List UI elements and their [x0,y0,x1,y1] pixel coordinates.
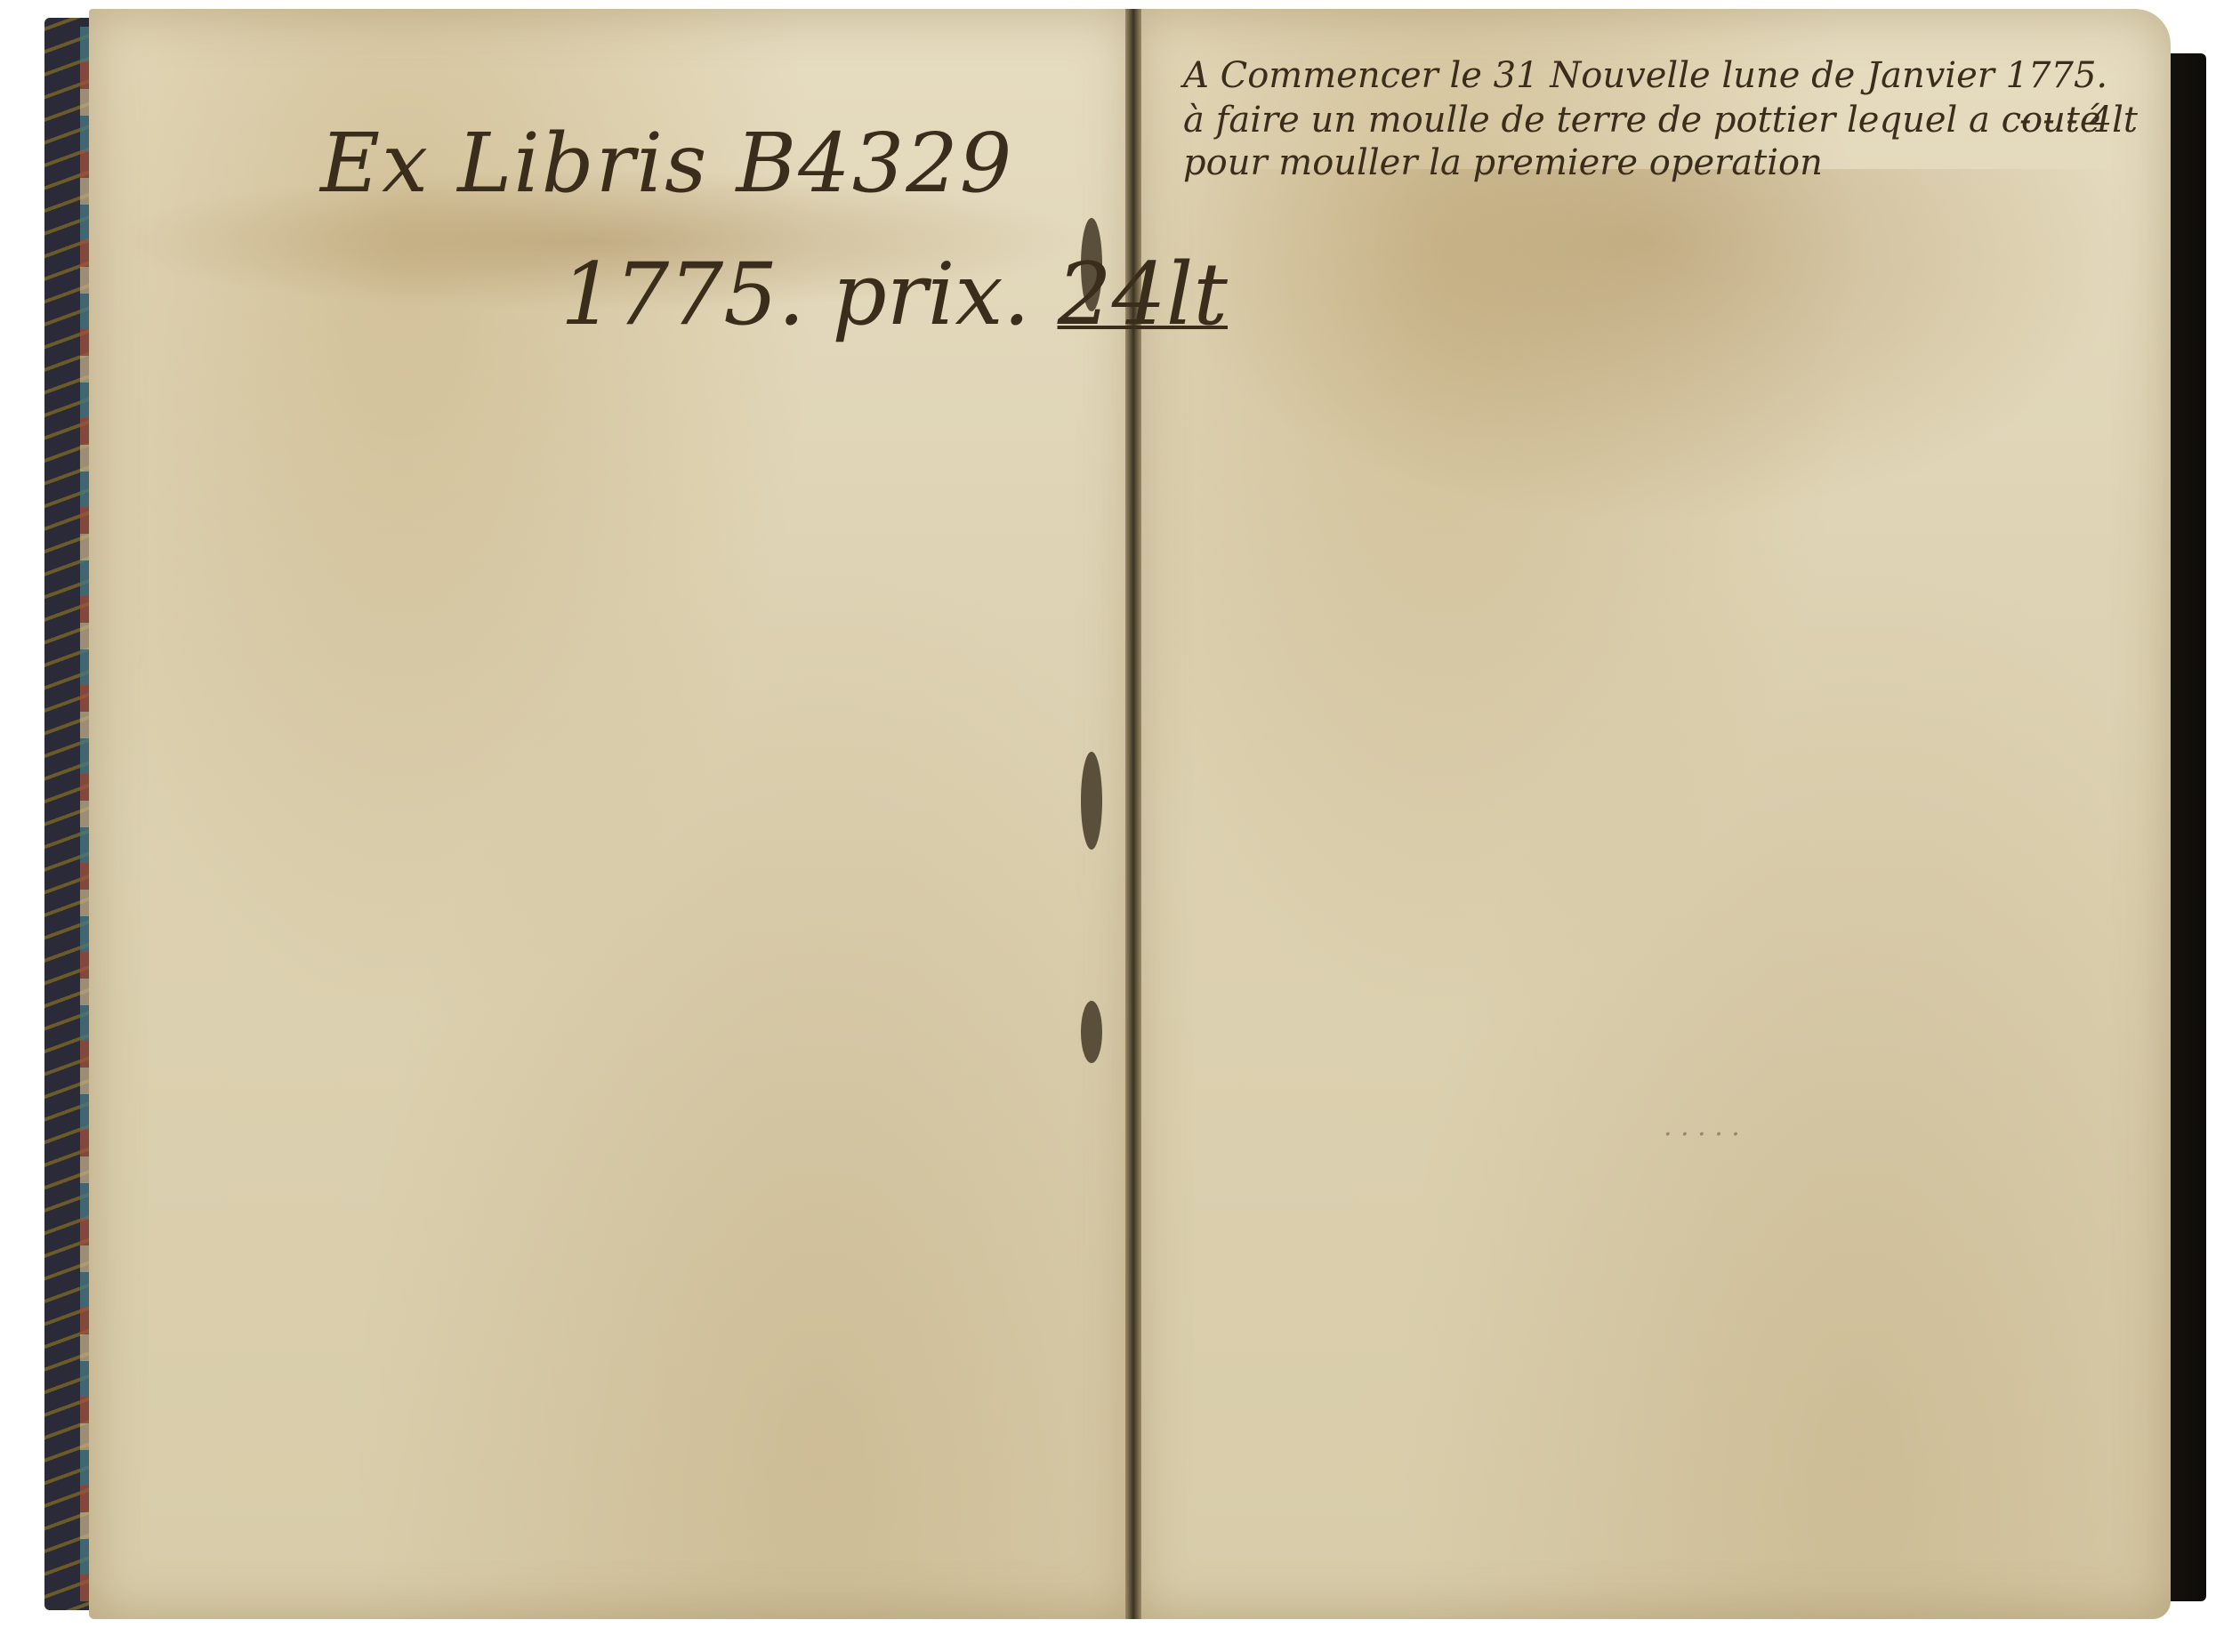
manuscript-line-3: pour mouller la premiere operation [1183,142,1823,183]
cost-value: - - - 4lt [2019,100,2138,141]
inscription-price: 24lt [1058,245,1228,344]
bleedthrough-text: · · · · · [1664,1119,1740,1150]
manuscript-line-1: A Commencer le 31 Nouvelle lune de Janvi… [1183,55,2107,96]
ex-libris-inscription: Ex Libris B4329 [320,116,1013,211]
open-book: Ex Libris B4329 1775. prix. 24lt A Comme… [36,0,2188,1652]
inscription-year: 1775. [560,245,805,344]
worm-hole [1081,752,1102,850]
worm-hole [1081,1001,1102,1063]
water-stain-right [1156,169,2135,525]
manuscript-line-2: à faire un moulle de terre de pottier le… [1183,100,2101,141]
inscription-label: prix. [832,245,1030,344]
price-inscription: 1775. prix. 24lt [560,245,1228,344]
